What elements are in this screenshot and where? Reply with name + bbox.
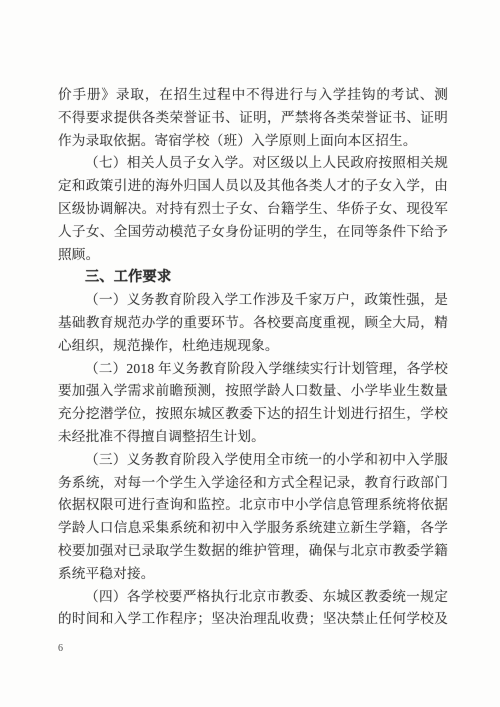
section-heading: 三、工作要求 [58, 266, 448, 289]
text-line: 充分挖潜学位，按照东城区教委下达的招生计划进行招生，学校 [58, 403, 448, 426]
text-line: 心组织，规范操作，杜绝违规现象。 [58, 335, 448, 358]
text-line: 区级协调解决。对持有烈士子女、台籍学生、华侨子女、现役军 [58, 198, 448, 221]
text-line: 系统平稳对接。 [58, 563, 448, 586]
text-line: 作为录取依据。寄宿学校（班）入学原则上面向本区招生。 [58, 130, 448, 153]
page-number: 6 [58, 642, 63, 656]
document-page: 价手册》录取，在招生过程中不得进行与入学挂钩的考试、测试；不得要求提供各类荣誉证… [0, 0, 500, 707]
text-line: 人子女、全国劳动模范子女身份证明的学生，在同等条件下给予 [58, 221, 448, 244]
text-line: 基础教育规范办学的重要环节。各校要高度重视，顾全大局，精 [58, 312, 448, 335]
text-line: 未经批准不得擅自调整招生计划。 [58, 426, 448, 449]
text-line: 校要加强对已录取学生数据的维护管理，确保与北京市教委学籍 [58, 540, 448, 563]
text-line: 的时间和入学工作程序；坚决治理乱收费；坚决禁止任何学校及 [58, 608, 448, 631]
text-line: 务系统，对每一个学生入学途径和方式全程记录，教育行政部门 [58, 472, 448, 495]
text-line: （一）义务教育阶段入学工作涉及千家万户，政策性强，是 [58, 289, 448, 312]
text-line: 要加强入学需求前瞻预测，按照学龄人口数量、小学毕业生数量 [58, 380, 448, 403]
text-line: （七）相关人员子女入学。对区级以上人民政府按照相关规 [58, 152, 448, 175]
text-line: 依据权限可进行查询和监控。北京市中小学信息管理系统将依据 [58, 494, 448, 517]
text-line: （二）2018 年义务教育阶段入学继续实行计划管理，各学校 [58, 358, 448, 381]
text-line: 照顾。 [58, 244, 448, 267]
text-block: 价手册》录取，在招生过程中不得进行与入学挂钩的考试、测试；不得要求提供各类荣誉证… [58, 84, 448, 631]
text-line: 价手册》录取，在招生过程中不得进行与入学挂钩的考试、测试； [58, 84, 448, 107]
text-line: 不得要求提供各类荣誉证书、证明，严禁将各类荣誉证书、证明 [58, 107, 448, 130]
text-line: 定和政策引进的海外归国人员以及其他各类人才的子女入学，由 [58, 175, 448, 198]
text-line: （三）义务教育阶段入学使用全市统一的小学和初中入学服 [58, 449, 448, 472]
text-line: 学龄人口信息采集系统和初中入学服务系统建立新生学籍，各学 [58, 517, 448, 540]
text-line: （四）各学校要严格执行北京市教委、东城区教委统一规定 [58, 586, 448, 609]
